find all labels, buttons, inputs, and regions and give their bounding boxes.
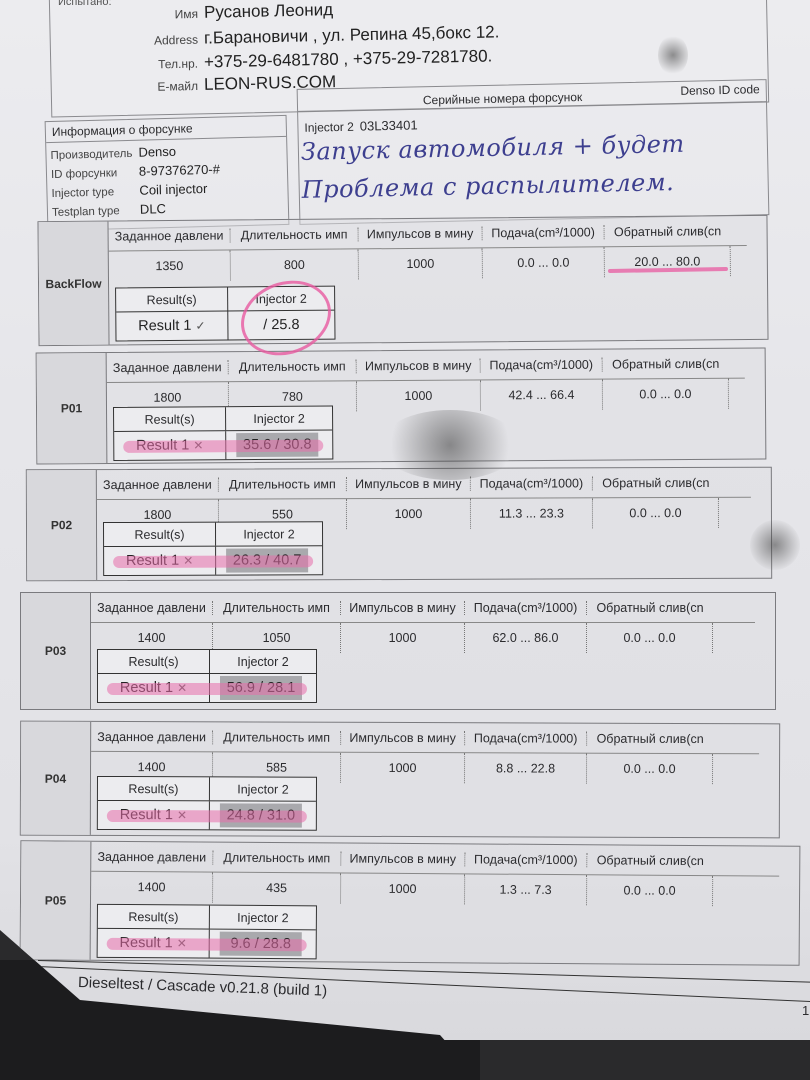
result-header-row: Result(s) Injector 2 [98,905,316,931]
column-header: Обратный слив(cn [587,601,713,615]
column-header: Заданное давлени [97,477,219,491]
info-label: Производитель [50,148,138,162]
result-header-row: Result(s) Injector 2 [98,777,316,802]
column-header: Длительность имп [213,850,341,865]
param-backflow: 0.0 ... 0.0 [587,754,713,784]
param-duration: 435 [213,873,341,904]
handwritten-note-line-1: Запуск автомобиля + будет [301,130,685,166]
parameters-header-row: Заданное давлениДлительность импИмпульсо… [91,722,759,754]
results-column-header: Result(s) [104,523,216,546]
param-backflow: 0.0 ... 0.0 [603,379,729,410]
check-icon: ✓ [195,319,205,333]
test-parameters: Заданное давлениДлительность импИмпульсо… [91,842,779,907]
test-name: P04 [21,722,91,835]
results-column-header: Result(s) [116,288,228,312]
column-header: Длительность имп [229,359,357,374]
param-pulses: 1000 [347,499,471,529]
column-header: Импульсов в мину [357,358,481,373]
name-row: Имя Русанов Леонид [150,0,333,24]
column-header: Обратный слив(cn [587,853,713,868]
info-label: Testplan type [52,205,140,219]
param-backflow: 0.0 ... 0.0 [593,498,719,528]
column-header: Длительность имп [213,730,341,744]
highlighter-mark [107,810,307,823]
test-block-backflow: BackFlow Заданное давлениДлительность им… [37,215,768,346]
param-delivery: 62.0 ... 86.0 [465,623,587,653]
result-name: Result 1 [138,318,191,334]
denso-id-code-label: Denso ID code [680,82,760,98]
phone-label: Тел.нр. [150,57,198,72]
test-block-p03: P03 Заданное давлениДлительность импИмпу… [20,592,776,710]
column-header: Подача(cm³/1000) [465,601,587,615]
injector-column-header: Injector 2 [226,406,332,430]
result-label: Result 1 ✓ [116,312,228,341]
test-parameters: Заданное давлениДлительность импИмпульсо… [91,722,759,784]
test-block-p04: P04 Заданное давлениДлительность импИмпу… [20,721,780,839]
parameters-value-row: 140043510001.3 ... 7.30.0 ... 0.0 [91,872,779,907]
parameters-header-row: Заданное давлениДлительность импИмпульсо… [107,349,745,383]
param-delivery: 42.4 ... 66.4 [481,380,603,411]
column-header: Подача(cm³/1000) [483,225,605,240]
highlighter-mark [123,440,323,453]
param-backflow: 0.0 ... 0.0 [587,875,713,906]
param-pulses: 1000 [341,623,465,653]
test-block-p02: P02 Заданное давлениДлительность импИмпу… [26,467,772,582]
column-header: Импульсов в мину [359,226,483,241]
column-header: Подача(cm³/1000) [471,476,593,490]
param-pulses: 1000 [357,380,481,411]
param-pressure: 1400 [91,872,213,903]
column-header: Обратный слив(cn [603,356,729,371]
injector-column-header: Injector 2 [216,522,322,545]
highlighter-mark [113,555,313,568]
parameters-value-row: 135080010000.0 ... 0.020.0 ... 80.0 [109,246,747,282]
serials-box: Серийные номера форсунок Denso ID code I… [297,79,770,225]
highlighter-mark [107,683,307,695]
ink-smudge [750,520,800,570]
results-column-header: Result(s) [98,650,210,673]
test-name: P01 [37,353,108,463]
results-column-header: Result(s) [98,777,210,800]
handwritten-note-line-2: Проблема с распылителем. [301,168,674,204]
page-number: 1 [802,1003,809,1018]
column-header: Длительность имп [231,227,359,242]
param-delivery: 11.3 ... 23.3 [471,498,593,528]
column-header: Обратный слив(cn [593,475,719,489]
column-header: Обратный слив(cn [587,731,713,745]
address-label: Address [150,33,198,48]
test-name: P05 [21,841,92,959]
test-name: P02 [27,470,97,580]
param-delivery: 0.0 ... 0.0 [483,247,605,278]
highlighter-mark [107,938,307,951]
injector-column-header: Injector 2 [210,906,316,930]
column-header: Длительность имп [213,601,341,615]
parameters-header-row: Заданное давлениДлительность импИмпульсо… [91,593,755,623]
info-value: Denso [138,144,176,160]
result-header-row: Result(s) Injector 2 [104,522,322,547]
result-header-row: Result(s) Injector 2 [98,650,316,674]
param-delivery: 1.3 ... 7.3 [465,874,587,905]
test-name: P03 [21,593,91,709]
test-block-p05: P05 Заданное давлениДлительность импИмпу… [20,840,801,965]
column-header: Заданное давлени [91,729,213,743]
param-backflow: 0.0 ... 0.0 [587,623,713,653]
tested-label: Испытано: [58,0,112,8]
column-header: Заданное давлени [109,228,231,243]
printed-report: Испытано: Имя Русанов Леонид Address г.Б… [0,0,810,1040]
column-header: Импульсов в мину [341,601,465,615]
column-header: Длительность имп [219,477,347,491]
results-column-header: Result(s) [98,905,210,929]
column-header: Подача(cm³/1000) [481,357,603,372]
param-pressure: 1350 [109,251,231,282]
name-label: Имя [150,7,198,22]
column-header: Подача(cm³/1000) [465,852,587,867]
info-value: 8-97376270-# [139,162,220,179]
injector-info-box: Информация о форсунке ПроизводительDenso… [45,115,290,231]
info-value: DLC [140,201,166,217]
param-duration: 800 [231,249,359,280]
column-header: Заданное давлени [107,360,229,375]
info-label: Injector type [51,186,139,200]
column-header: Обратный слив(cn [605,224,731,239]
param-pulses: 1000 [341,874,465,905]
injector-column-header: Injector 2 [210,650,316,673]
ink-smudge [380,410,520,480]
param-pulses: 1000 [359,248,483,279]
serial-injector-label: Injector 2 [304,120,354,135]
column-header: Импульсов в мину [341,730,465,744]
ink-smudge [658,35,688,75]
test-parameters: Заданное давлениДлительность импИмпульсо… [91,593,755,653]
parameters-header-row: Заданное давлениДлительность импИмпульсо… [91,842,779,877]
serials-title: Серийные номера форсунок [423,90,583,107]
param-delivery: 8.8 ... 22.8 [465,753,587,783]
column-header: Заданное давлени [91,601,213,615]
column-header: Заданное давлени [91,849,213,864]
injector-column-header: Injector 2 [210,777,316,800]
column-header: Импульсов в мину [341,851,465,866]
param-pulses: 1000 [341,753,465,783]
serial-number: 03L33401 [360,117,418,133]
results-column-header: Result(s) [114,407,226,431]
test-parameters: Заданное давлениДлительность импИмпульсо… [107,349,745,413]
info-value: Coil injector [139,181,207,198]
email-label: Е-майл [150,79,198,94]
column-header: Подача(cm³/1000) [465,731,587,745]
name-value: Русанов Леонид [204,0,333,23]
test-name: BackFlow [38,222,109,346]
info-label: ID форсунки [51,167,139,181]
result-header-row: Result(s) Injector 2 [114,406,332,432]
